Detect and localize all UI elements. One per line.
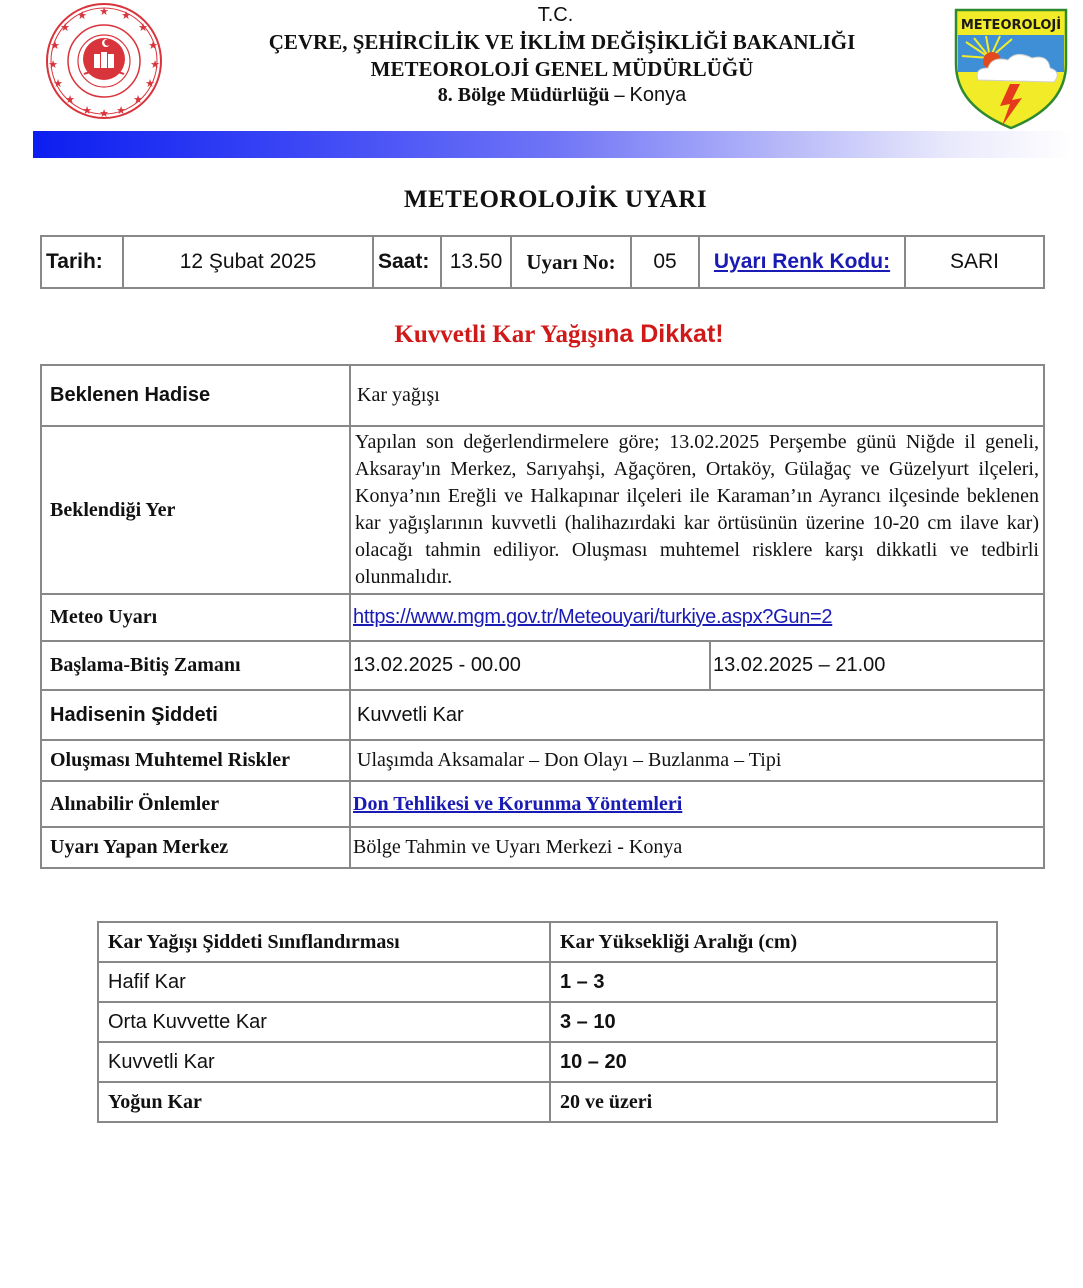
alert-heading-main: Kuvvetli Kar Yağışı xyxy=(394,321,604,348)
expected-location-value: Yapılan son değerlendirmelere göre; 13.0… xyxy=(350,426,1044,594)
header-country: T.C. xyxy=(0,4,1083,27)
range-cell: 3 – 10 xyxy=(550,1002,997,1042)
table-row: Uyarı Yapan Merkez Bölge Tahmin ve Uyarı… xyxy=(41,827,1044,868)
color-code-cell: Uyarı Renk Kodu: xyxy=(699,236,905,288)
color-code-value: SARI xyxy=(905,236,1044,288)
meteorology-logo: METEOROLOJİ xyxy=(952,6,1070,130)
severity-value: Kuvvetli Kar xyxy=(350,690,1044,740)
table-row: Oluşması Muhtemel Riskler Ulaşımda Aksam… xyxy=(41,740,1044,781)
alert-heading: Kuvvetli Kar Yağışına Dikkat! xyxy=(0,320,1083,349)
issuer-value: Bölge Tahmin ve Uyarı Merkezi - Konya xyxy=(350,827,1044,868)
warning-details-table: Beklenen Hadise Kar yağışı Beklendiği Ye… xyxy=(40,364,1045,869)
meteo-warning-cell: https://www.mgm.gov.tr/Meteouyari/turkiy… xyxy=(350,594,1044,641)
snow-classification-table: Kar Yağışı Şiddeti Sınıflandırması Kar Y… xyxy=(97,921,998,1123)
time-value: 13.50 xyxy=(441,236,511,288)
table-row: Yoğun Kar 20 ve üzeri xyxy=(98,1082,997,1122)
document-title: METEOROLOJİK UYARI xyxy=(0,186,1083,214)
table-row: Kuvvetli Kar 10 – 20 xyxy=(98,1042,997,1082)
header-ministry: ÇEVRE, ŞEHİRCİLİK VE İKLİM DEĞİŞİKLİĞİ B… xyxy=(12,30,1083,55)
table-row: Alınabilir Önlemler Don Tehlikesi ve Kor… xyxy=(41,781,1044,827)
svg-text:★: ★ xyxy=(99,107,109,120)
time-range-label: Başlama-Bitiş Zamanı xyxy=(41,641,350,690)
expected-event-value: Kar yağışı xyxy=(350,365,1044,426)
table-row: Beklenen Hadise Kar yağışı xyxy=(41,365,1044,426)
date-label: Tarih: xyxy=(41,236,123,288)
category-cell: Hafif Kar xyxy=(98,962,550,1002)
table-row: Beklendiği Yer Yapılan son değerlendirme… xyxy=(41,426,1044,594)
warning-no-label: Uyarı No: xyxy=(511,236,631,288)
measures-label: Alınabilir Önlemler xyxy=(41,781,350,827)
warning-no-value: 05 xyxy=(631,236,699,288)
end-time: 13.02.2025 – 21.00 xyxy=(710,641,1044,690)
table-row: Meteo Uyarı https://www.mgm.gov.tr/Meteo… xyxy=(41,594,1044,641)
risks-value: Ulaşımda Aksamalar – Don Olayı – Buzlanm… xyxy=(350,740,1044,781)
svg-text:METEOROLOJİ: METEOROLOJİ xyxy=(961,17,1061,33)
start-time: 13.02.2025 - 00.00 xyxy=(350,641,710,690)
measures-link[interactable]: Don Tehlikesi ve Korunma Yöntemleri xyxy=(353,793,682,815)
header-region: 8. Bölge Müdürlüğü – Konya xyxy=(12,84,1083,107)
table-row: Hafif Kar 1 – 3 xyxy=(98,962,997,1002)
meteo-warning-link[interactable]: https://www.mgm.gov.tr/Meteouyari/turkiy… xyxy=(353,606,832,628)
header-banner xyxy=(33,131,1073,158)
range-cell: 10 – 20 xyxy=(550,1042,997,1082)
table-row: Başlama-Bitiş Zamanı 13.02.2025 - 00.00 … xyxy=(41,641,1044,690)
header-region-prefix: 8. Bölge Müdürlüğü – xyxy=(438,84,625,106)
warning-info-table: Tarih: 12 Şubat 2025 Saat: 13.50 Uyarı N… xyxy=(40,235,1045,289)
category-cell: Orta Kuvvette Kar xyxy=(98,1002,550,1042)
table-header-row: Kar Yağışı Şiddeti Sınıflandırması Kar Y… xyxy=(98,922,997,962)
expected-event-label: Beklenen Hadise xyxy=(41,365,350,426)
meteo-warning-label: Meteo Uyarı xyxy=(41,594,350,641)
time-label: Saat: xyxy=(373,236,441,288)
range-cell: 20 ve üzeri xyxy=(550,1082,997,1122)
category-cell: Yoğun Kar xyxy=(98,1082,550,1122)
table-row: Orta Kuvvette Kar 3 – 10 xyxy=(98,1002,997,1042)
header-region-city: Konya xyxy=(629,84,686,106)
issuer-label: Uyarı Yapan Merkez xyxy=(41,827,350,868)
column-header-category: Kar Yağışı Şiddeti Sınıflandırması xyxy=(98,922,550,962)
header-department: METEOROLOJİ GENEL MÜDÜRLÜĞÜ xyxy=(12,57,1083,82)
measures-cell: Don Tehlikesi ve Korunma Yöntemleri xyxy=(350,781,1044,827)
date-value: 12 Şubat 2025 xyxy=(123,236,373,288)
category-cell: Kuvvetli Kar xyxy=(98,1042,550,1082)
meteorology-shield-icon: METEOROLOJİ xyxy=(952,6,1070,130)
range-cell: 1 – 3 xyxy=(550,962,997,1002)
alert-heading-suffix: na Dikkat! xyxy=(604,320,723,348)
expected-location-label: Beklendiği Yer xyxy=(41,426,350,594)
risks-label: Oluşması Muhtemel Riskler xyxy=(41,740,350,781)
table-row: Hadisenin Şiddeti Kuvvetli Kar xyxy=(41,690,1044,740)
column-header-range: Kar Yüksekliği Aralığı (cm) xyxy=(550,922,997,962)
severity-label: Hadisenin Şiddeti xyxy=(41,690,350,740)
color-code-link[interactable]: Uyarı Renk Kodu: xyxy=(714,250,890,273)
